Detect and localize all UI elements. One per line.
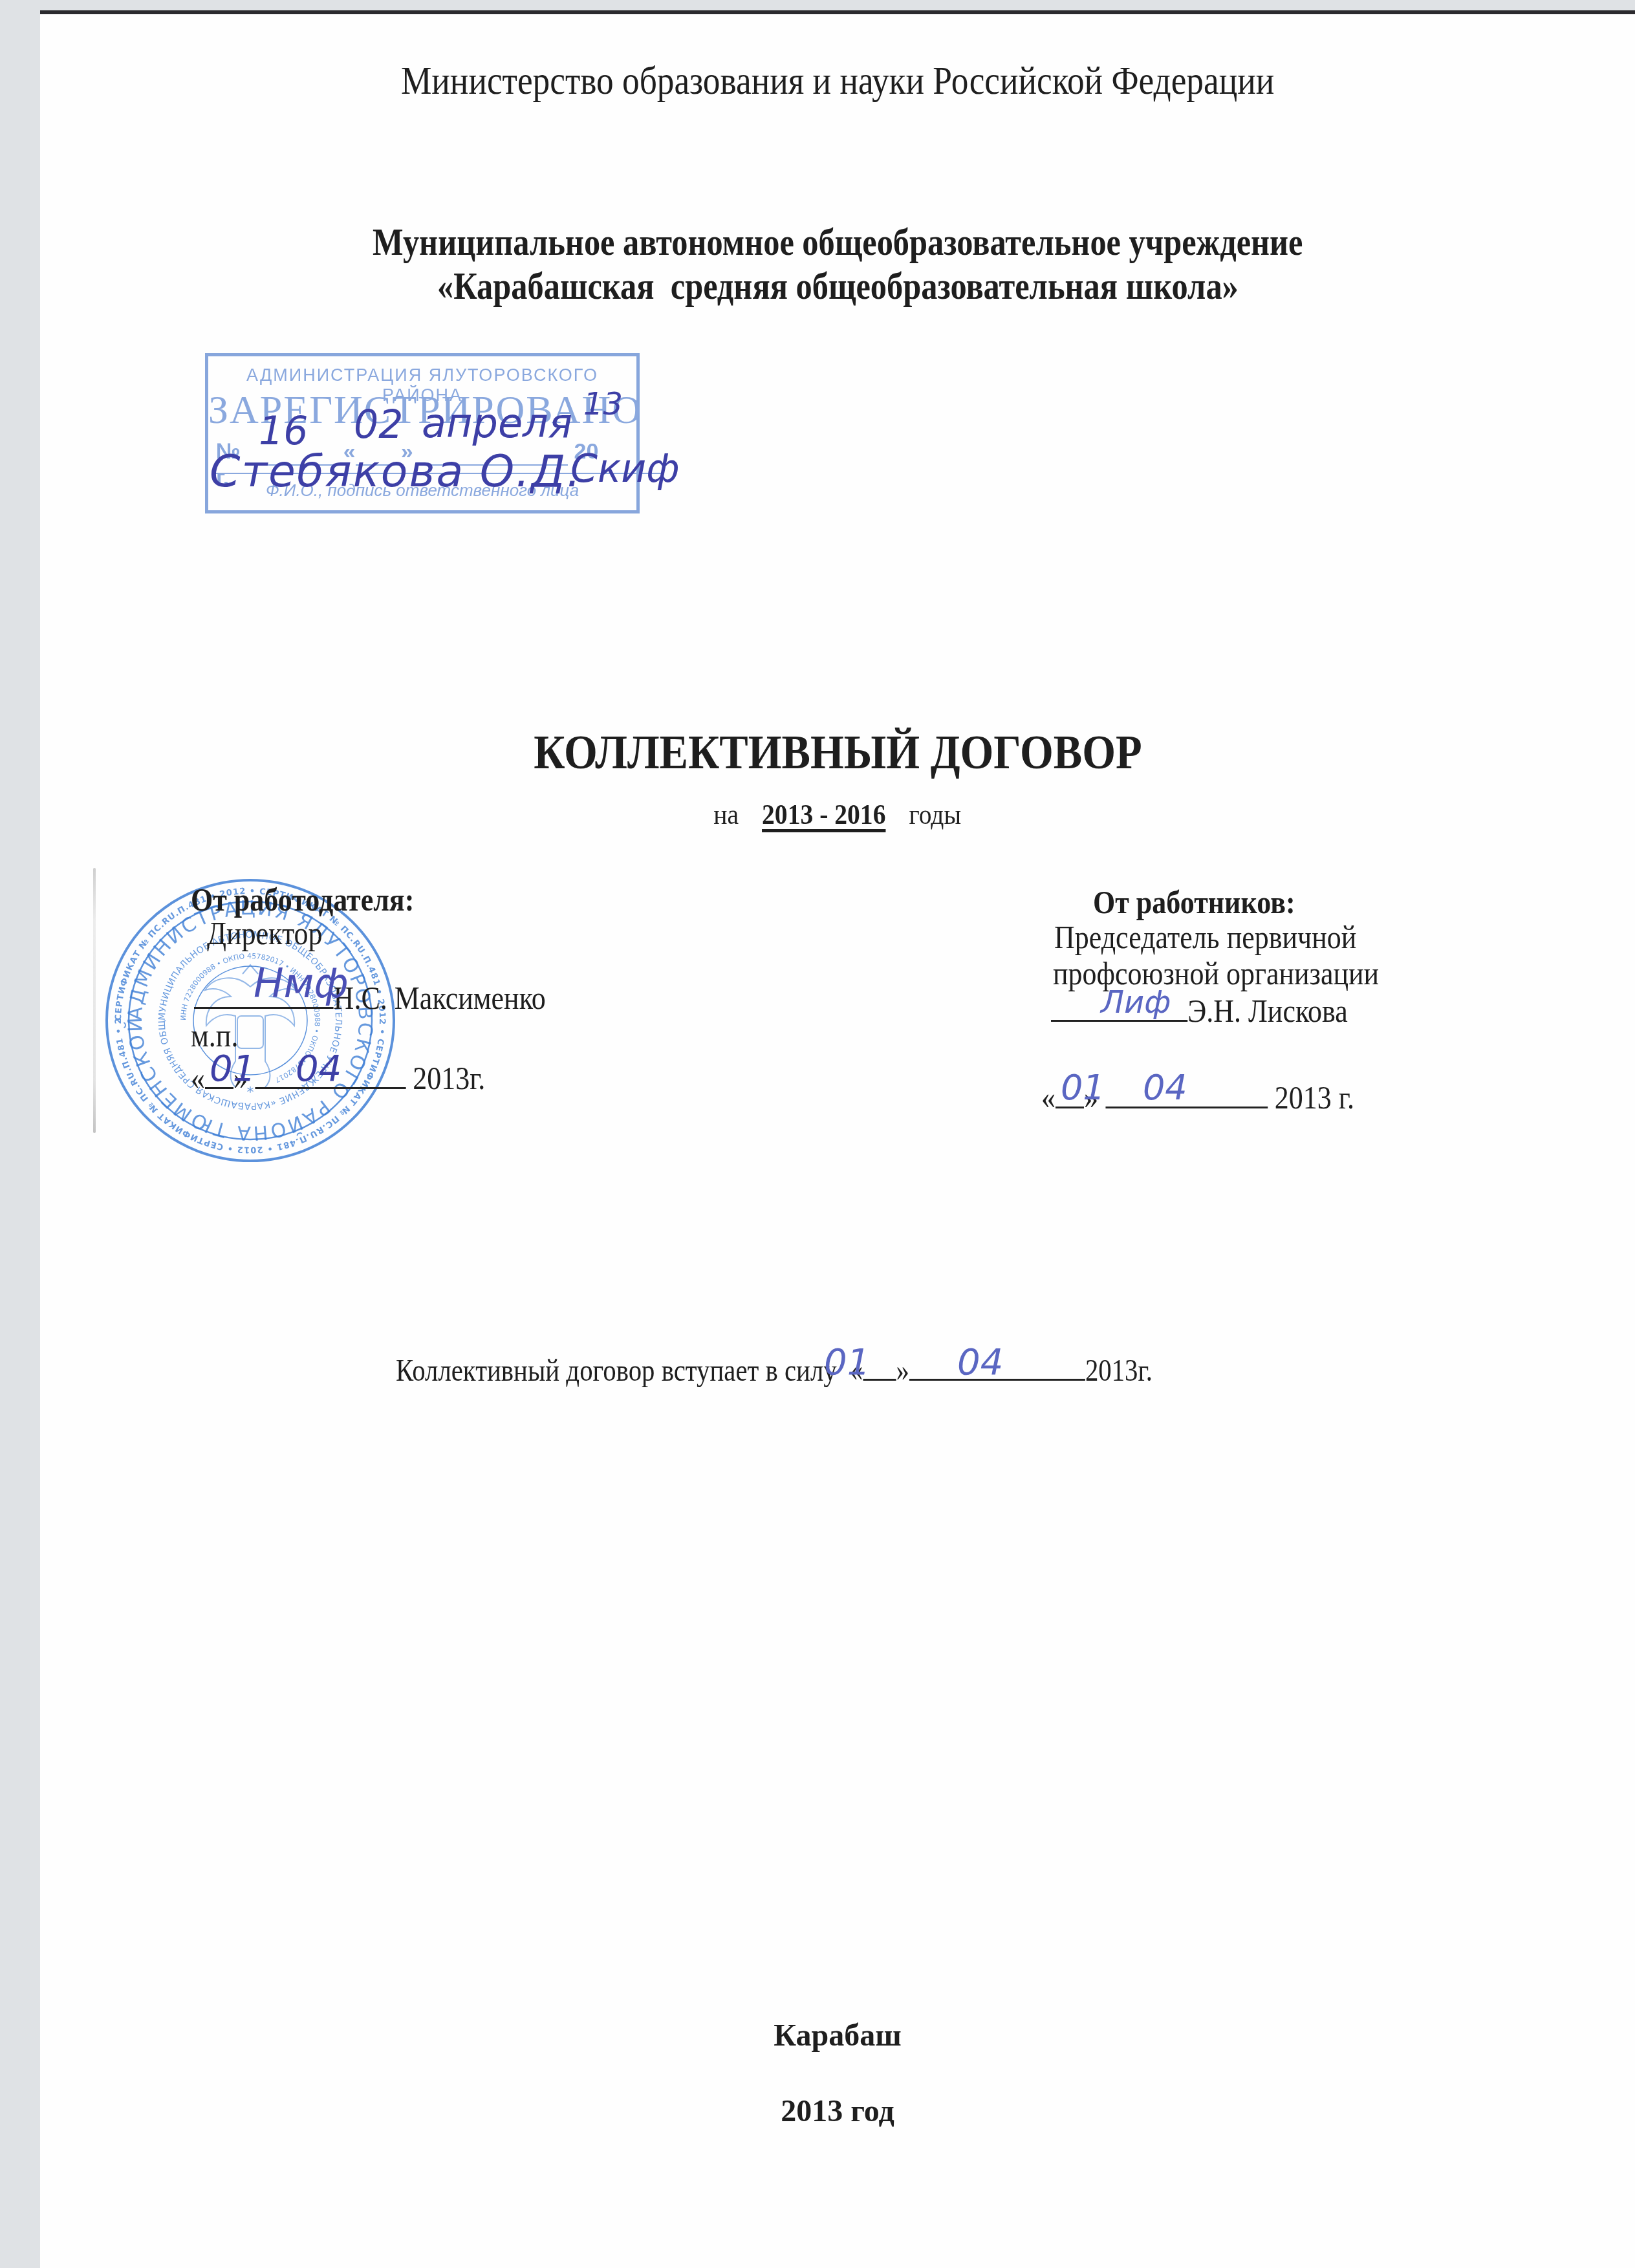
employer-date-month: 04 [296,1048,341,1090]
employer-position: Директор [207,914,338,952]
document-title: КОЛЛЕКТИВНЫЙ ДОГОВОР [40,726,1635,781]
registration-year-handwritten: 13 [583,386,623,422]
employer-heading: От работодателя: [191,881,444,918]
ministry-heading: Министерство образования и науки Российс… [40,58,1635,104]
document-year: 2013 год [40,2093,1635,2129]
period-years: 2013 - 2016 [762,799,885,830]
institution-name-line1: Муниципальное автономное общеобразовател… [40,220,1635,265]
registration-signer-handwritten: Стебякова О.Д. [210,446,582,497]
employer-signature: Нмф [254,960,348,1007]
binding-staple-mark [93,868,96,1133]
registration-month-handwritten: апреля [422,400,572,447]
effective-date-day: 01 [824,1341,870,1383]
employees-date-month: 04 [1143,1067,1187,1108]
registration-day-handwritten: 02 [354,402,403,448]
registration-signature: Скиф [570,446,679,491]
employees-position-line1: Председатель первичной [1054,918,1398,956]
employer-date-day: 01 [210,1048,255,1090]
document-page: Министерство образования и науки Российс… [40,10,1635,2268]
employees-date-day: 01 [1061,1067,1105,1108]
employees-heading: От работников: [1093,883,1323,921]
document-period: на2013 - 2016годы [40,798,1635,831]
institution-name-line2: «Карабашская средняя общеобразовательная… [40,264,1635,308]
effective-date-month: 04 [957,1341,1003,1383]
employees-signature: Лиф [1101,984,1171,1021]
city-name: Карабаш [40,2018,1635,2053]
